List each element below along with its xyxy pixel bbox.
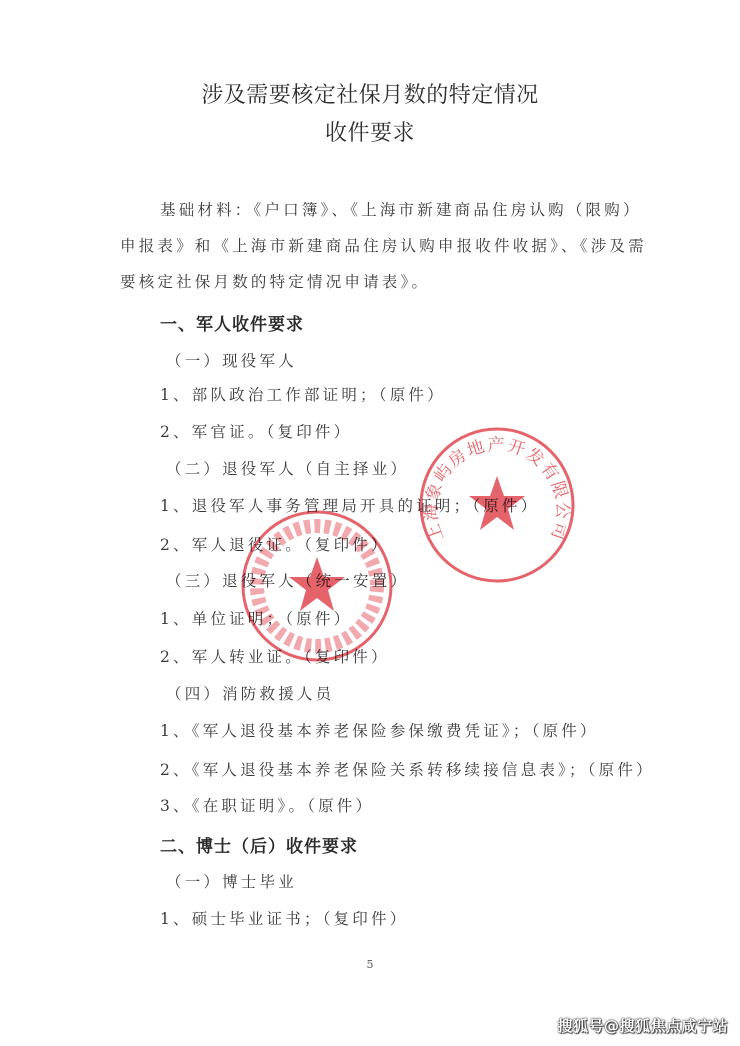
- list-item: 3、《在职证明》。（原件）: [160, 794, 374, 816]
- list-item: 1、《军人退役基本养老保险参保缴费凭证》；（原件）: [160, 719, 599, 741]
- document-title: 涉及需要核定社保月数的特定情况: [0, 78, 740, 109]
- seal-text: 上海象屿房地产开发有限公司: [422, 435, 572, 543]
- list-item: 1、退役军人事务管理局开具的证明；（原件）: [160, 494, 539, 516]
- svg-text:上海象屿房地产开发有限公司: 上海象屿房地产开发有限公司: [422, 435, 572, 543]
- page-number: 5: [0, 958, 740, 971]
- intro-line: 要核定社保月数的特定情况申请表》。: [120, 264, 630, 300]
- list-item: 2、军人退役证。（复印件）: [160, 533, 390, 555]
- subsection-heading: （四）消防救援人员: [166, 682, 334, 704]
- watermark: 搜狐号@搜狐焦点咸宁站: [557, 1015, 728, 1036]
- intro-line: 基础材料：《户口簿》、《上海市新建商品住房认购（限购）: [160, 192, 630, 228]
- subsection-heading: （二）退役军人（自主择业）: [166, 457, 409, 479]
- section-heading: 二、博士（后）收件要求: [160, 832, 358, 857]
- list-item: 2、军官证。（复印件）: [160, 420, 352, 442]
- intro-line: 申报表》和《上海市新建商品住房认购申报收件收据》、《涉及需: [120, 228, 630, 264]
- section-heading: 一、军人收件要求: [160, 310, 304, 335]
- list-item: 1、部队政治工作部证明；（原件）: [160, 383, 446, 405]
- list-item: 2、军人转业证。（复印件）: [160, 645, 390, 667]
- list-item: 1、硕士毕业证书；（复印件）: [160, 907, 408, 929]
- subsection-heading: （一）现役军人: [166, 349, 297, 371]
- subsection-heading: （三）退役军人（统一安置）: [166, 569, 409, 591]
- intro-paragraph: 基础材料：《户口簿》、《上海市新建商品住房认购（限购） 申报表》和《上海市新建商…: [160, 192, 630, 300]
- list-item: 1、单位证明；（原件）: [160, 607, 352, 629]
- subsection-heading: （一）博士毕业: [166, 870, 297, 892]
- list-item: 2、《军人退役基本养老保险关系转移续接信息表》；（原件）: [160, 758, 655, 780]
- document-subtitle: 收件要求: [0, 116, 740, 147]
